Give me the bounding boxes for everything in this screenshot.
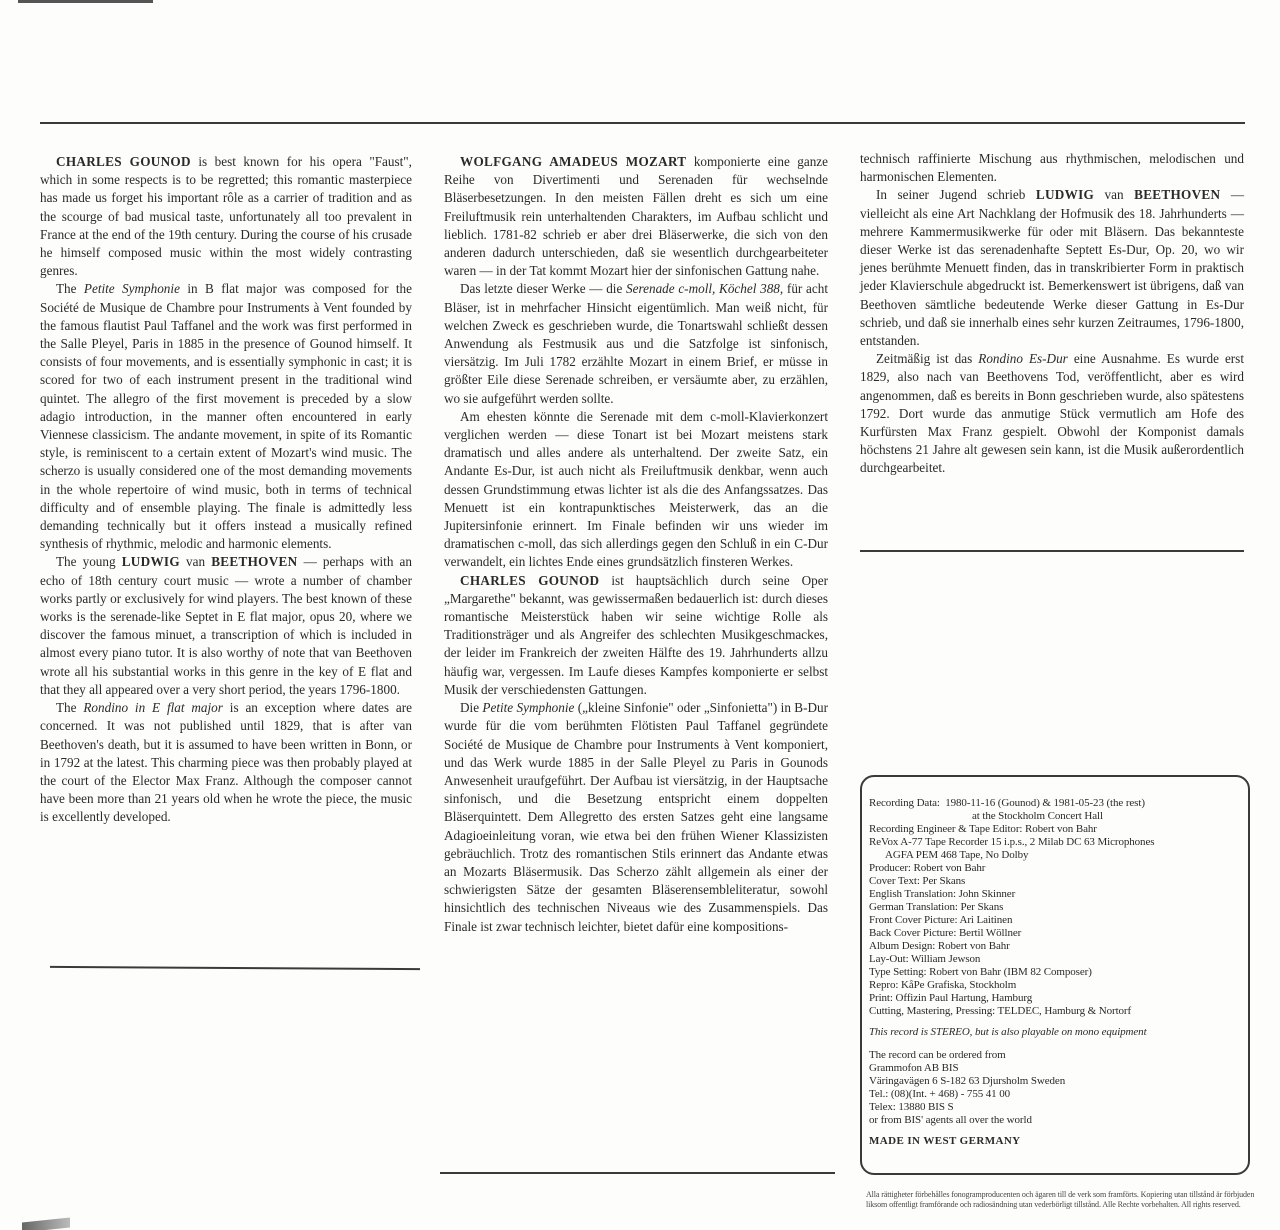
composer-name: LUDWIG — [1036, 187, 1094, 202]
company-telex: Telex: 13880 BIS S — [869, 1101, 1244, 1114]
paragraph: In seiner Jugend schrieb LUDWIG van BEET… — [860, 186, 1244, 350]
english-column-divider — [50, 966, 420, 970]
recording-data: Recording Data: 1980-11-16 (Gounod) & 19… — [869, 797, 1244, 810]
recording-data-value: 1980-11-16 (Gounod) & 1981-05-23 (the re… — [945, 797, 1145, 809]
copyright-fineprint: Alla rättigheter förbehålles fonogrampro… — [866, 1190, 1256, 1209]
composer-name: CHARLES GOUNOD — [56, 154, 191, 169]
stereo-note: This record is STEREO, but is also playa… — [869, 1026, 1244, 1039]
paragraph: Am ehesten könnte die Serenade mit dem c… — [444, 408, 828, 572]
typesetting-credit: Type Setting: Robert von Bahr (IBM 82 Co… — [869, 966, 1244, 979]
composer-name: WOLFGANG AMADEUS MOZART — [460, 154, 686, 169]
recording-credits-box: Recording Data: 1980-11-16 (Gounod) & 19… — [860, 775, 1250, 1175]
paragraph: WOLFGANG AMADEUS MOZART komponierte eine… — [444, 153, 828, 280]
agents-note: or from BIS' agents all over the world — [869, 1114, 1244, 1127]
german-column-divider — [440, 1172, 835, 1174]
paragraph: Zeitmäßig ist das Rondino Es-Dur eine Au… — [860, 350, 1244, 477]
company-name: Grammofon AB BIS — [869, 1062, 1244, 1075]
work-title: Rondino Es-Dur — [978, 351, 1068, 366]
scan-corner-mark — [22, 1217, 70, 1230]
german-translation-credit: German Translation: Per Skans — [869, 901, 1244, 914]
paragraph: The young LUDWIG van BEETHOVEN — perhaps… — [40, 553, 412, 699]
german-continued-divider — [860, 550, 1244, 552]
work-title: Rondino in E flat major — [83, 700, 223, 715]
recording-tape: AGFA PEM 468 Tape, No Dolby — [869, 849, 1244, 862]
scan-edge-mark — [18, 0, 153, 3]
album-design-credit: Album Design: Robert von Bahr — [869, 940, 1244, 953]
paragraph: Das letzte dieser Werke — die Serenade c… — [444, 280, 828, 407]
work-title: Petite Symphonie — [84, 281, 180, 296]
company-phone: Tel.: (08)(Int. + 468) - 755 41 00 — [869, 1088, 1244, 1101]
cover-text-credit: Cover Text: Per Skans — [869, 875, 1244, 888]
repro-credit: Repro: KåPe Grafiska, Stockholm — [869, 979, 1244, 992]
paragraph: technisch raffinierte Mischung aus rhyth… — [860, 150, 1244, 186]
english-translation-credit: English Translation: John Skinner — [869, 888, 1244, 901]
composer-name: BEETHOVEN — [211, 554, 297, 569]
print-credit: Print: Offizin Paul Hartung, Hamburg — [869, 992, 1244, 1005]
work-title: Petite Symphonie — [482, 700, 574, 715]
recording-engineer: Recording Engineer & Tape Editor: Robert… — [869, 823, 1244, 836]
recording-data-label: Recording Data: — [869, 797, 940, 809]
front-cover-credit: Front Cover Picture: Ari Laitinen — [869, 914, 1244, 927]
layout-credit: Lay-Out: William Jewson — [869, 953, 1244, 966]
work-title: Serenade c-moll, Köchel 388 — [626, 281, 780, 296]
back-cover-credit: Back Cover Picture: Bertil Wöllner — [869, 927, 1244, 940]
composer-name: LUDWIG — [122, 554, 180, 569]
composer-name: BEETHOVEN — [1134, 187, 1220, 202]
producer: Producer: Robert von Bahr — [869, 862, 1244, 875]
paragraph: The Petite Symphonie in B flat major was… — [40, 280, 412, 553]
top-divider — [40, 122, 1245, 124]
company-address: Väringavägen 6 S-182 63 Djursholm Sweden — [869, 1075, 1244, 1088]
paragraph: Die Petite Symphonie („kleine Sinfonie" … — [444, 699, 828, 936]
composer-name: CHARLES GOUNOD — [460, 573, 599, 588]
recording-equipment: ReVox A-77 Tape Recorder 15 i.p.s., 2 Mi… — [869, 836, 1244, 849]
german-notes-column: WOLFGANG AMADEUS MOZART komponierte eine… — [444, 153, 828, 936]
made-in-label: MADE IN WEST GERMANY — [869, 1135, 1244, 1148]
german-notes-continued-column: technisch raffinierte Mischung aus rhyth… — [860, 150, 1244, 478]
recording-venue: at the Stockholm Concert Hall — [869, 810, 1244, 823]
paragraph: CHARLES GOUNOD ist hauptsächlich durch s… — [444, 572, 828, 699]
order-intro: The record can be ordered from — [869, 1049, 1244, 1062]
paragraph: CHARLES GOUNOD is best known for his ope… — [40, 153, 412, 280]
english-notes-column: CHARLES GOUNOD is best known for his ope… — [40, 153, 412, 827]
paragraph: The Rondino in E flat major is an except… — [40, 699, 412, 826]
order-info: The record can be ordered from Grammofon… — [869, 1049, 1244, 1127]
cutting-credit: Cutting, Mastering, Pressing: TELDEC, Ha… — [869, 1005, 1244, 1018]
